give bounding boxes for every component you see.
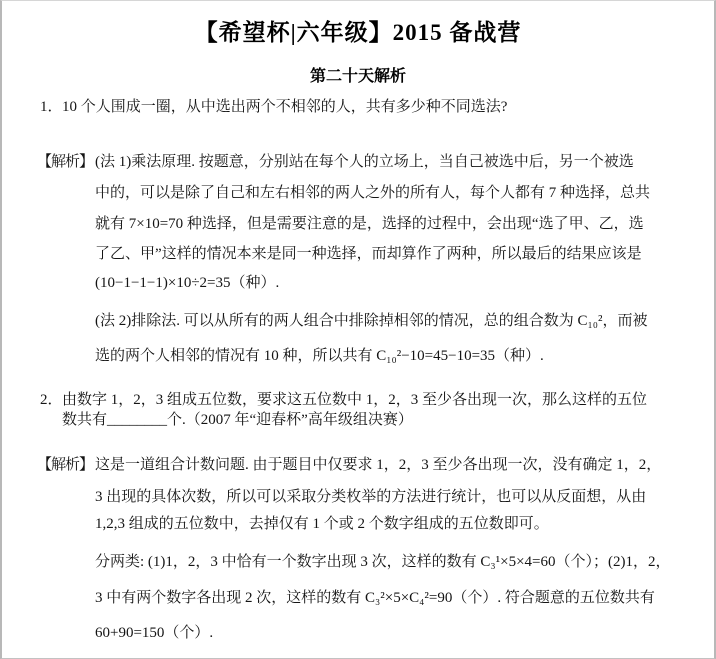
problem-1-solution-formula: (10−1−1−1)×10÷2=35（种）.	[95, 273, 279, 293]
problem-2-solution-line: 3 出现的具体次数，所以可以采取分类枚举的方法进行统计，也可以从反面想，从由	[95, 487, 646, 507]
problem-1-solution-line: 中的，可以是除了自己和左右相邻的两人之外的所有人，每个人都有 7 种选择，总共	[95, 183, 650, 203]
solution-text: 这是一道组合计数问题. 由于题目中仅要求 1，2，3 至少各出现一次，没有确定 …	[95, 457, 661, 473]
problem-2-question: 2．由数字 1，2，3 组成五位数，要求这五位数中 1，2，3 至少各出现一次，…	[40, 390, 647, 410]
problem-2-solution-line: 3 中有两个数字各出现 2 次，这样的数有 C₃²×5×C₄²=90（个）. 符…	[95, 588, 655, 608]
problem-1-solution-line: 【解析】(法 1)乘法原理. 按题意，分别站在每个人的立场上，当自己被选中后，另…	[37, 152, 634, 172]
problem-1-solution-line: 就有 7×10=70 种选择，但是需要注意的是，选择的过程中，会出现“选了甲、乙…	[95, 214, 644, 234]
problem-1-solution-line: 选的两个人相邻的情况有 10 种，所以共有 C₁₀²−10=45−10=35（种…	[95, 346, 544, 366]
problem-2-solution-line: 【解析】这是一道组合计数问题. 由于题目中仅要求 1，2，3 至少各出现一次，没…	[37, 455, 661, 475]
solution-label: 【解析】	[37, 455, 95, 475]
document-page: 【希望杯|六年级】2015 备战营 第二十天解析 1．10 个人围成一圈，从中选…	[0, 0, 716, 659]
document-subtitle: 第二十天解析	[2, 63, 714, 86]
problem-2-question-continued: 数共有________个.（2007 年“迎春杯”高年级组决赛）	[62, 410, 413, 430]
problem-1-question-text: 10 个人围成一圈，从中选出两个不相邻的人，共有多少种不同选法?	[62, 99, 507, 115]
problem-2-solution-line: 1,2,3 组成的五位数中，去掉仅有 1 个或 2 个数字组成的五位数即可。	[95, 514, 549, 534]
problem-1-solution-line: 了乙、甲”这样的情况本来是同一种选择，而却算作了两种，所以最后的结果应该是	[95, 244, 642, 264]
problem-2-question-text: 由数字 1，2，3 组成五位数，要求这五位数中 1，2，3 至少各出现一次，那么…	[62, 392, 647, 408]
problem-2-solution-formula: 60+90=150（个）.	[95, 623, 213, 643]
problem-2-number: 2．	[40, 390, 62, 410]
document-title: 【希望杯|六年级】2015 备战营	[2, 14, 714, 47]
problem-2-solution-line: 分两类: (1)1，2，3 中恰有一个数字出现 3 次，这样的数有 C₃¹×5×…	[95, 552, 671, 572]
problem-1-question: 1．10 个人围成一圈，从中选出两个不相邻的人，共有多少种不同选法?	[40, 97, 507, 117]
solution-label: 【解析】	[37, 152, 95, 172]
problem-1-solution-line: (法 2)排除法. 可以从所有的两人组合中排除掉相邻的情况，总的组合数为 C₁₀…	[95, 311, 647, 331]
solution-text: (法 1)乘法原理. 按题意，分别站在每个人的立场上，当自己被选中后，另一个被选	[95, 154, 634, 170]
problem-1-number: 1．	[40, 97, 62, 117]
